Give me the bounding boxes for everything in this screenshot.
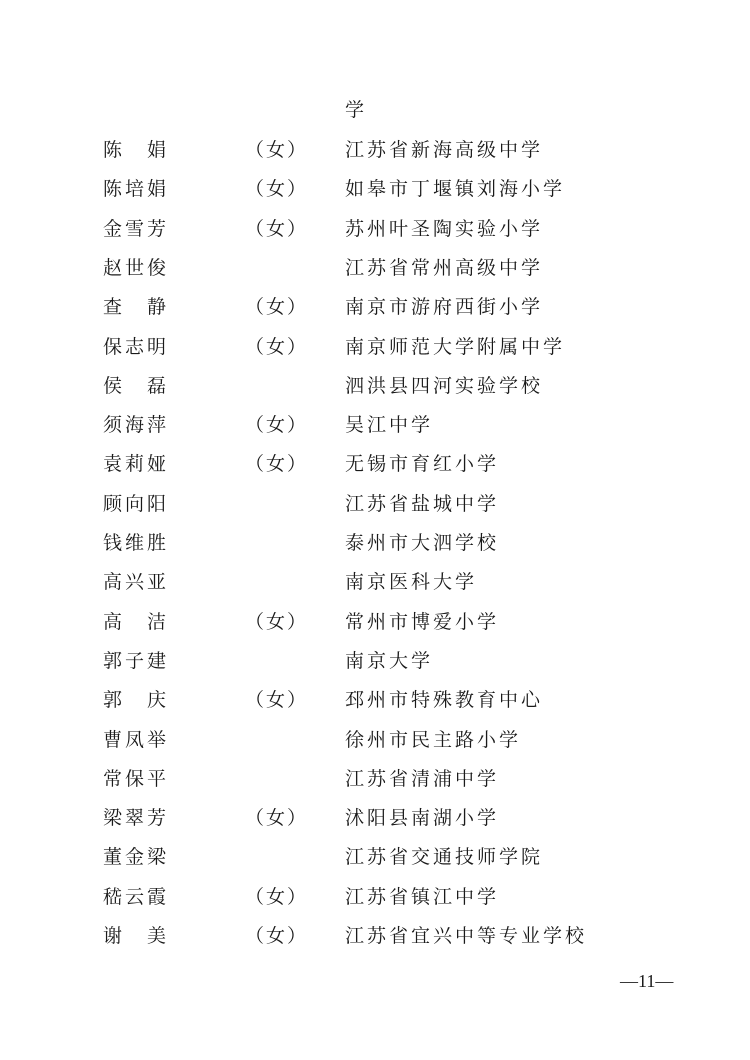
person-name: 嵇云霞 bbox=[103, 885, 169, 909]
list-item: 保志明 （女） 南京师范大学附属中学 bbox=[0, 335, 750, 359]
list-item: 陈培娟 （女） 如皋市丁堰镇刘海小学 bbox=[0, 177, 750, 201]
list-item: 钱维胜 泰州市大泗学校 bbox=[0, 531, 750, 555]
work-unit: 泗洪县四河实验学校 bbox=[345, 374, 543, 398]
person-name: 金雪芳 bbox=[103, 217, 169, 241]
work-unit: 南京医科大学 bbox=[345, 570, 477, 594]
work-unit: 江苏省宜兴中等专业学校 bbox=[345, 924, 587, 948]
person-name: 钱维胜 bbox=[103, 531, 169, 555]
person-name: 常保平 bbox=[103, 767, 169, 791]
person-name: 陈 娟 bbox=[103, 138, 169, 162]
gender-mark: （女） bbox=[245, 610, 308, 634]
work-unit: 南京市游府西街小学 bbox=[345, 295, 543, 319]
document-page: 学 陈 娟 （女） 江苏省新海高级中学 陈培娟 （女） 如皋市丁堰镇刘海小学 金… bbox=[0, 0, 750, 1060]
work-unit: 无锡市育红小学 bbox=[345, 452, 499, 476]
gender-mark: （女） bbox=[245, 688, 308, 712]
list-item: 查 静 （女） 南京市游府西街小学 bbox=[0, 295, 750, 319]
list-item: 侯 磊 泗洪县四河实验学校 bbox=[0, 374, 750, 398]
gender-mark: （女） bbox=[245, 177, 308, 201]
work-unit: 吴江中学 bbox=[345, 413, 433, 437]
list-item: 梁翠芳 （女） 沭阳县南湖小学 bbox=[0, 806, 750, 830]
work-unit: 江苏省常州高级中学 bbox=[345, 256, 543, 280]
list-item: 须海萍 （女） 吴江中学 bbox=[0, 413, 750, 437]
gender-mark: （女） bbox=[245, 217, 308, 241]
person-name: 高 洁 bbox=[103, 610, 169, 634]
list-item: 郭子建 南京大学 bbox=[0, 649, 750, 673]
work-unit: 南京大学 bbox=[345, 649, 433, 673]
list-item: 谢 美 （女） 江苏省宜兴中等专业学校 bbox=[0, 924, 750, 948]
work-unit: 邳州市特殊教育中心 bbox=[345, 688, 543, 712]
work-unit: 泰州市大泗学校 bbox=[345, 531, 499, 555]
list-item: 高 洁 （女） 常州市博爱小学 bbox=[0, 610, 750, 634]
person-name: 梁翠芳 bbox=[103, 806, 169, 830]
work-unit: 江苏省新海高级中学 bbox=[345, 138, 543, 162]
work-unit: 江苏省交通技师学院 bbox=[345, 845, 543, 869]
list-item: 高兴亚 南京医科大学 bbox=[0, 570, 750, 594]
gender-mark: （女） bbox=[245, 295, 308, 319]
list-item: 董金梁 江苏省交通技师学院 bbox=[0, 845, 750, 869]
work-unit: 徐州市民主路小学 bbox=[345, 728, 521, 752]
list-item: 陈 娟 （女） 江苏省新海高级中学 bbox=[0, 138, 750, 162]
person-name: 赵世俊 bbox=[103, 256, 169, 280]
gender-mark: （女） bbox=[245, 885, 308, 909]
work-unit: 沭阳县南湖小学 bbox=[345, 806, 499, 830]
person-name: 陈培娟 bbox=[103, 177, 169, 201]
gender-mark: （女） bbox=[245, 452, 308, 476]
list-item: 袁莉娅 （女） 无锡市育红小学 bbox=[0, 452, 750, 476]
person-name: 郭子建 bbox=[103, 649, 169, 673]
work-unit: 江苏省镇江中学 bbox=[345, 885, 499, 909]
continued-unit-text: 学 bbox=[345, 98, 367, 122]
work-unit: 江苏省盐城中学 bbox=[345, 492, 499, 516]
person-name: 顾向阳 bbox=[103, 492, 169, 516]
person-name: 须海萍 bbox=[103, 413, 169, 437]
list-item: 嵇云霞 （女） 江苏省镇江中学 bbox=[0, 885, 750, 909]
gender-mark: （女） bbox=[245, 413, 308, 437]
work-unit: 江苏省清浦中学 bbox=[345, 767, 499, 791]
gender-mark: （女） bbox=[245, 138, 308, 162]
work-unit: 如皋市丁堰镇刘海小学 bbox=[345, 177, 565, 201]
person-name: 保志明 bbox=[103, 335, 169, 359]
gender-mark: （女） bbox=[245, 806, 308, 830]
gender-mark: （女） bbox=[245, 924, 308, 948]
list-item: 赵世俊 江苏省常州高级中学 bbox=[0, 256, 750, 280]
list-item: 金雪芳 （女） 苏州叶圣陶实验小学 bbox=[0, 217, 750, 241]
person-name: 高兴亚 bbox=[103, 570, 169, 594]
gender-mark: （女） bbox=[245, 335, 308, 359]
person-name: 曹凤举 bbox=[103, 728, 169, 752]
list-item: 顾向阳 江苏省盐城中学 bbox=[0, 492, 750, 516]
list-item: 郭 庆 （女） 邳州市特殊教育中心 bbox=[0, 688, 750, 712]
page-number: —11— bbox=[620, 970, 673, 992]
person-name: 郭 庆 bbox=[103, 688, 169, 712]
person-name: 董金梁 bbox=[103, 845, 169, 869]
person-name: 谢 美 bbox=[103, 924, 169, 948]
work-unit: 常州市博爱小学 bbox=[345, 610, 499, 634]
list-item: 常保平 江苏省清浦中学 bbox=[0, 767, 750, 791]
work-unit: 南京师范大学附属中学 bbox=[345, 335, 565, 359]
list-item: 曹凤举 徐州市民主路小学 bbox=[0, 728, 750, 752]
person-name: 侯 磊 bbox=[103, 374, 169, 398]
person-name: 查 静 bbox=[103, 295, 169, 319]
person-name: 袁莉娅 bbox=[103, 452, 169, 476]
work-unit: 苏州叶圣陶实验小学 bbox=[345, 217, 543, 241]
